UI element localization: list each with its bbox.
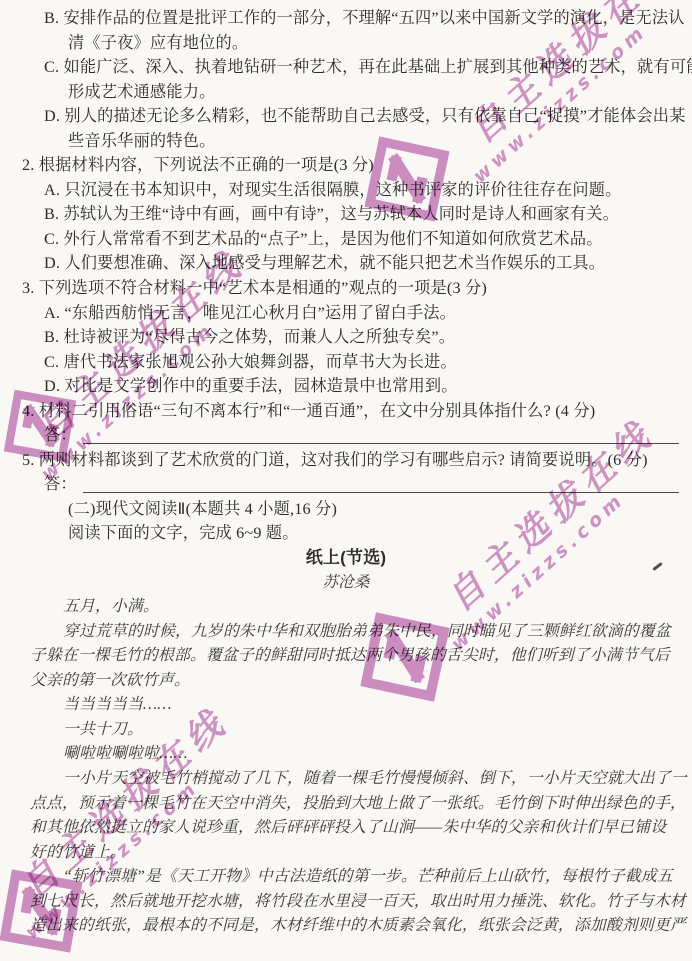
text-line: 答： <box>44 472 679 497</box>
text-line: 4. 材料二引用俗语“三句不离本行”和“一通百通”，在文中分别具体指什么? (4… <box>22 399 692 424</box>
text-line: 5. 两则材料都谈到了艺术欣赏的门道，这对我们的学习有哪些启示? 请简要说明。(… <box>22 448 692 473</box>
text-line: 穿过荒草的时候，九岁的朱中华和双胞胎弟弟朱中民，同时瞄见了三颗鲜红欲滴的覆盆 <box>30 620 692 645</box>
text-line: B. 杜诗被评为“尽得古今之体势，而兼人人之所独专矣”。 <box>44 325 692 350</box>
text-line: C. 唐代书法家张旭观公孙大娘舞剑器，而草书大为长进。 <box>44 350 692 375</box>
scanned-exam-page: B. 安排作品的位置是批评工作的一部分，不理解“五四”以来中国新文学的演化，是无… <box>0 0 692 961</box>
text-line: “斩竹漂塘”是《天工开物》中古法造纸的第一步。芒种前后上山砍竹，每根竹子截成五 <box>30 865 692 890</box>
page-text-flow: B. 安排作品的位置是批评工作的一部分，不理解“五四”以来中国新文学的演化，是无… <box>0 6 692 939</box>
text-line: C. 如能广泛、深入、执着地钻研一种艺术，再在此基础上扩展到其他种类的艺术，就有… <box>44 55 692 80</box>
text-line: D. 对比是文学创作中的重要手法，园林造景中也常用到。 <box>44 374 692 399</box>
essay-block: 五月，小满。 穿过荒草的时候，九岁的朱中华和双胞胎弟弟朱中民，同时瞄见了三颗鲜红… <box>0 595 692 939</box>
text-line: 父亲的第一次砍竹声。 <box>30 669 692 694</box>
text-line: B. 苏轼认为王维“诗中有画，画中有诗”，这与苏轼本人同时是诗人和画家有关。 <box>44 202 692 227</box>
text-line: B. 安排作品的位置是批评工作的一部分，不理解“五四”以来中国新文学的演化，是无… <box>44 6 692 31</box>
text-line: A. “东船西舫悄无言，唯见江心秋月白”运用了留白手法。 <box>44 301 692 326</box>
text-line: 点点，预示着一棵毛竹在天空中消失，投胎到大地上做了一张纸。毛竹倒下时伸出绿色的手… <box>30 792 692 817</box>
text-line: 和其他依然挺立的家人说珍重，然后砰砰砰投入了山涧——朱中华的父亲和伙计们早已铺设 <box>30 816 692 841</box>
text-line: C. 外行人常常看不到艺术品的“点子”上，是因为他们不知道如何欣赏艺术品。 <box>44 227 692 252</box>
text-line: 2. 根据材料内容，下列说法不正确的一项是(3 分) <box>22 153 692 178</box>
text-line: 些音乐华丽的特色。 <box>68 129 692 154</box>
essay-title: 纸上(节选) <box>0 546 692 571</box>
text-line: 当当当当当…… <box>30 693 692 718</box>
text-line: 答： <box>44 423 679 448</box>
section-two-header: (二)现代文阅读Ⅱ(本题共 4 小题,16 分) <box>68 497 692 522</box>
questions-block: B. 安排作品的位置是批评工作的一部分，不理解“五四”以来中国新文学的演化，是无… <box>0 6 692 497</box>
text-line: 清《子夜》应有地位的。 <box>68 31 692 56</box>
text-line: 好的竹道上。 <box>30 841 692 866</box>
text-line: 五月，小满。 <box>30 595 692 620</box>
text-line: A. 只沉浸在书本知识中，对现实生活很隔膜，这种书评家的评价往往存在问题。 <box>44 178 692 203</box>
essay-author: 苏沧桑 <box>0 571 692 596</box>
section-two-instruction: 阅读下面的文字，完成 6~9 题。 <box>68 521 692 546</box>
text-line: 形成艺术通感能力。 <box>68 80 692 105</box>
text-line: 到七尺长，然后就地开挖水塘，将竹段在水里浸一百天，取出时用力捶洗、软化。竹子与木… <box>30 890 692 915</box>
text-line: 子躲在一棵毛竹的根部。覆盆子的鲜甜同时抵达两个男孩的舌尖时，他们听到了小满节气后 <box>30 644 692 669</box>
text-line: 一共十刀。 <box>30 718 692 743</box>
text-line: 一小片天空被毛竹梢搅动了几下，随着一棵毛竹慢慢倾斜、倒下，一小片天空就大出了一 <box>30 767 692 792</box>
text-line: D. 别人的描述无论多么精彩，也不能帮助自己去感受，只有依靠自己“捉摸”才能体会… <box>44 104 692 129</box>
text-line: D. 人们要想准确、深入地感受与理解艺术，就不能只把艺术当作娱乐的工具。 <box>44 251 692 276</box>
text-line: 3. 下列选项不符合材料一中“艺术本是相通的”观点的一项是(3 分) <box>22 276 692 301</box>
text-line: 造出来的纸张，最根本的不同是，木材纤维中的木质素会氧化，纸张会泛黄，添加酸剂则更… <box>30 914 692 939</box>
text-line: 唰啦啦唰啦啦…… <box>30 742 692 767</box>
